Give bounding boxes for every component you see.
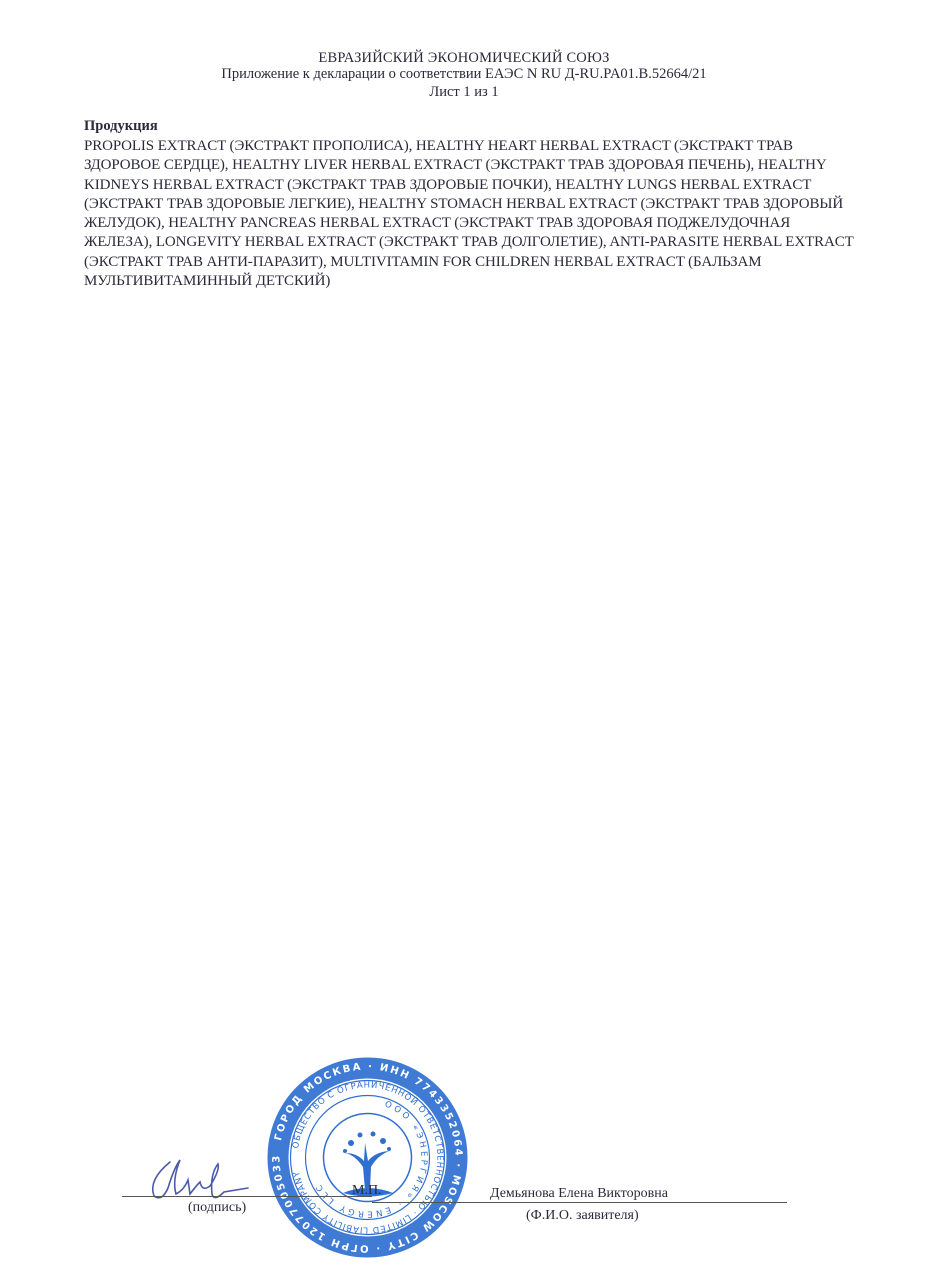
sheet-number: Лист 1 из 1 [0,83,928,102]
products-list: PROPOLIS EXTRACT (ЭКСТРАКТ ПРОПОЛИСА), H… [84,137,854,291]
company-stamp-icon: ГОРОД МОСКВА · ИНН 7743352064 · MOSCOW C… [265,1055,470,1260]
signature-line [122,1196,372,1197]
name-line [372,1202,787,1203]
declaration-subtitle: Приложение к декларации о соответствии Е… [0,65,928,84]
signature-caption: (подпись) [188,1200,246,1216]
products-label: Продукция [84,118,158,135]
applicant-name: Демьянова Елена Викторовна [490,1186,668,1202]
applicant-caption: (Ф.И.О. заявителя) [526,1208,639,1224]
stamp-mark: М.П. [352,1183,382,1199]
